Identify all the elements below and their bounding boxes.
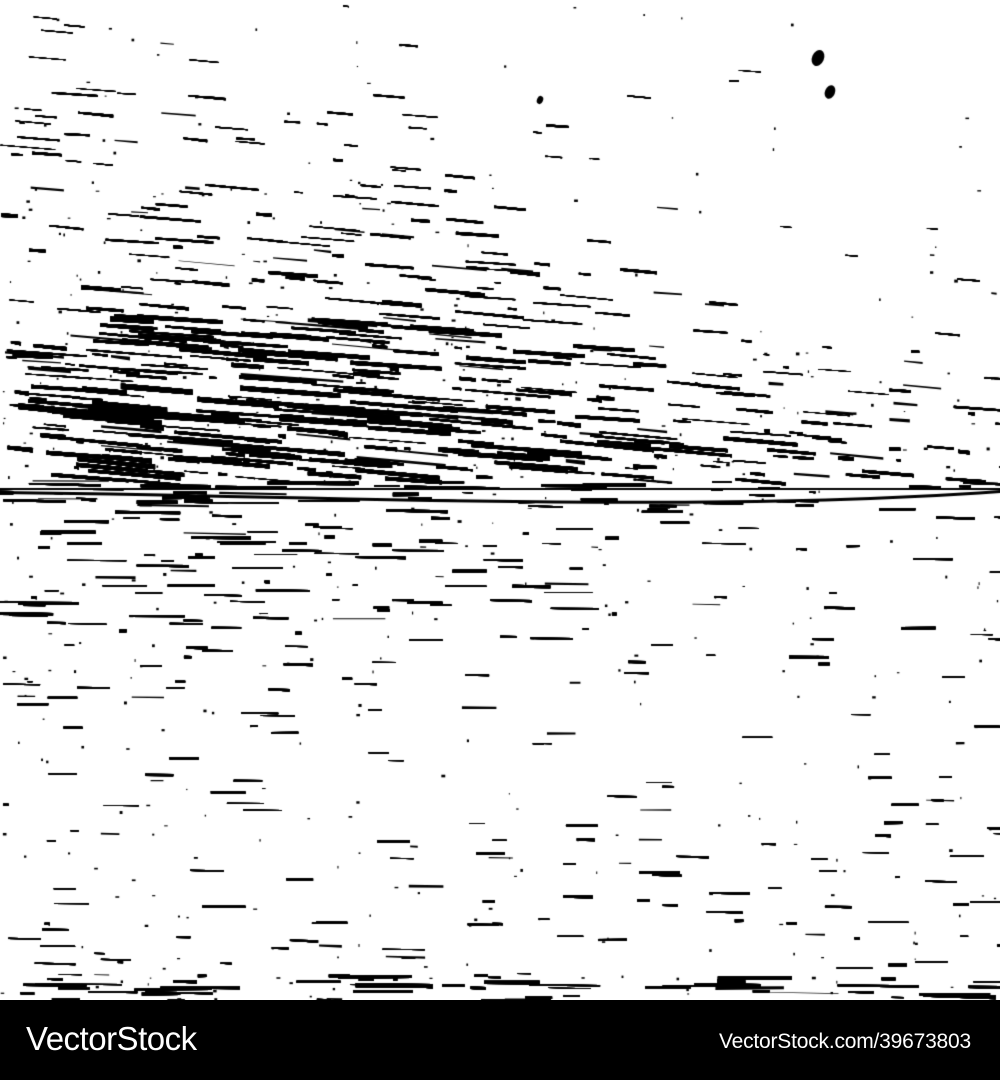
wood-grain-texture: [0, 0, 1000, 1000]
watermark-footer: VectorStock VectorStock.com/39673803: [0, 1000, 1000, 1080]
image-reference-id: VectorStock.com/39673803: [719, 1031, 971, 1052]
brand-logo-text: VectorStock: [26, 1022, 197, 1055]
grunge-texture-image: [0, 0, 1000, 1000]
